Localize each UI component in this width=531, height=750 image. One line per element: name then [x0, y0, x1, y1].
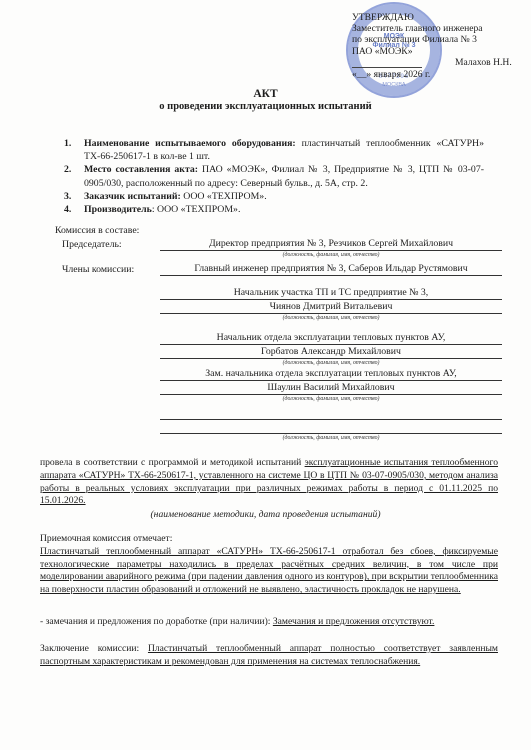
item-number: 1.: [64, 137, 71, 150]
member-position: [160, 406, 502, 420]
member-name: Чиянов Дмитрий Витальевич: [160, 300, 502, 314]
field-hint: (должность, фамилия, имя, отчество): [160, 434, 502, 442]
member-entry: Главный инженер предприятия № 3, Саберов…: [160, 262, 502, 276]
member-name: Шаулин Василий Михайлович: [160, 381, 502, 395]
signature-line: [352, 67, 422, 68]
member-name: Главный инженер предприятия № 3, Саберов…: [160, 262, 502, 276]
list-item: 4. Производитель: ООО «ТЕХПРОМ».: [64, 203, 484, 216]
member-name: [160, 420, 502, 434]
member-position: Начальник отдела эксплуатации тепловых п…: [160, 331, 502, 345]
member-name: Горбатов Александр Михайлович: [160, 345, 502, 359]
approval-heading: УТВЕРЖДАЮ: [352, 12, 527, 23]
member-position: Зам. начальника отдела эксплуатации тепл…: [160, 367, 502, 381]
member-entry-blank: (должность, фамилия, имя, отчество): [160, 406, 502, 442]
approval-organization: ПАО «МОЭК»: [352, 46, 527, 57]
member-entry: Начальник отдела эксплуатации тепловых п…: [160, 331, 502, 367]
list-item: 2. Место составления акта: ПАО «МОЭК», Ф…: [64, 163, 484, 189]
item-label: Заказчик испытаний:: [84, 191, 181, 202]
item-label: Место составления акта:: [84, 164, 198, 175]
findings-section: Приемочная комиссия отмечает: Пластинчат…: [40, 533, 498, 597]
member-entry: Зам. начальника отдела эксплуатации тепл…: [160, 367, 502, 403]
field-hint: (должность, фамилия, имя, отчество): [160, 251, 502, 259]
item-number: 4.: [64, 203, 71, 216]
method-intro: провела в соответствии с программой и ме…: [40, 457, 305, 468]
field-hint: (должность, фамилия, имя, отчество): [160, 314, 502, 322]
document-title: АКТ: [0, 88, 531, 100]
method-paragraph: провела в соответствии с программой и ме…: [40, 457, 498, 508]
approval-signer: Малахов Н.Н.: [455, 57, 512, 68]
field-hint: (должность, фамилия, имя, отчество): [160, 395, 502, 403]
list-item: 3. Заказчик испытаний: ООО «ТЕХПРОМ».: [64, 190, 484, 203]
approval-position-branch: по эксплуатации Филиала № 3: [352, 34, 527, 45]
commission-heading: Комиссия в составе:: [55, 225, 139, 236]
approval-block: УТВЕРЖДАЮ Заместитель главного инженера …: [352, 12, 527, 80]
item-value: : ООО «ТЕХПРОМ».: [152, 204, 241, 215]
members-label: Члены комиссии:: [62, 264, 134, 275]
remarks-label: - замечания и предложения по доработке (…: [40, 616, 273, 627]
chairman-name: Директор предприятия № 3, Резчиков Серге…: [160, 237, 502, 251]
chairman-entry: Директор предприятия № 3, Резчиков Серге…: [160, 237, 502, 259]
conclusion-label: Заключение комиссии:: [40, 643, 148, 654]
item-value: ООО «ТЕХПРОМ».: [181, 191, 267, 202]
list-item: 1. Наименование испытываемого оборудован…: [64, 137, 484, 163]
remarks-section: - замечания и предложения по доработке (…: [40, 616, 498, 629]
item-number: 2.: [64, 163, 71, 176]
approval-date: «__» января 2026 г.: [352, 69, 527, 80]
act-details-list: 1. Наименование испытываемого оборудован…: [64, 137, 484, 216]
item-label: Производитель: [84, 204, 152, 215]
chairman-label: Председатель:: [62, 239, 122, 250]
approval-position: Заместитель главного инженера: [352, 23, 527, 34]
member-position: Начальник участка ТП и ТС предприятие № …: [160, 286, 502, 300]
method-caption: (наименование методики, дата проведения …: [0, 509, 531, 520]
document-subtitle: о проведении эксплуатационных испытаний: [0, 101, 531, 112]
findings-heading: Приемочная комиссия отмечает:: [40, 533, 498, 546]
item-number: 3.: [64, 190, 71, 203]
field-hint: (должность, фамилия, имя, отчество): [160, 359, 502, 367]
findings-text: Пластинчатый теплообменный аппарат «САТУ…: [40, 546, 498, 595]
document-page: МОЭК Филиал № 3 8477396 МОСКВА УТВЕРЖДАЮ…: [0, 0, 531, 750]
approval-signature-row: Малахов Н.Н.: [352, 57, 527, 69]
conclusion-section: Заключение комиссии: Пластинчатый теплоо…: [40, 643, 498, 669]
remarks-value: Замечания и предложения отсутствуют.: [273, 616, 435, 627]
member-entry: Начальник участка ТП и ТС предприятие № …: [160, 286, 502, 322]
item-label: Наименование испытываемого оборудования:: [84, 138, 296, 149]
